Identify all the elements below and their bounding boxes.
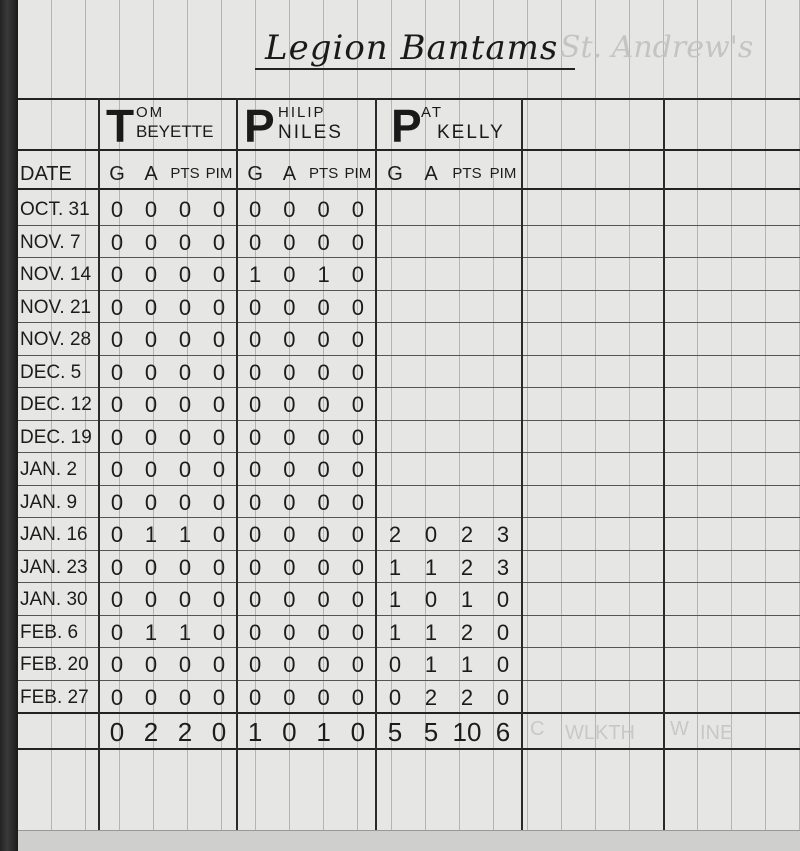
stat-cell-pts: 0 [307, 454, 341, 487]
player-initial: P [391, 102, 422, 150]
stat-cell-g: 0 [100, 584, 134, 617]
stat-cell-pim: 0 [202, 552, 236, 585]
stat-cell-pts: 0 [168, 259, 202, 292]
game-date: FEB. 20 [20, 651, 98, 684]
stat-cell-pim: 0 [341, 617, 375, 650]
stat-cell-pim [485, 227, 521, 260]
stat-cell-pts [449, 487, 485, 520]
stat-cell-g: 0 [238, 617, 272, 650]
stat-cell-a: 0 [413, 519, 449, 552]
stat-cell-g: 0 [238, 584, 272, 617]
book-binding [0, 0, 18, 851]
stat-cell-a: 2 [413, 682, 449, 715]
stat-cell-pim [485, 259, 521, 292]
game-date: FEB. 6 [20, 619, 98, 652]
stat-cell-a [413, 357, 449, 390]
game-date: FEB. 27 [20, 684, 98, 717]
stat-cell-pts: 0 [168, 682, 202, 715]
stat-cell-g: 0 [100, 487, 134, 520]
stat-cell-g: 0 [238, 227, 272, 260]
stat-cell-g: 0 [100, 259, 134, 292]
total-cell-g: 1 [238, 716, 272, 748]
stat-column-header-pim: PIM [202, 160, 236, 188]
stat-cell-pim [485, 389, 521, 422]
total-cell-a: 2 [134, 716, 168, 748]
stat-cell-pim: 0 [341, 422, 375, 455]
stat-cell-pts [449, 227, 485, 260]
stat-cell-g: 0 [100, 519, 134, 552]
stat-cell-pim: 0 [341, 454, 375, 487]
stat-cell-a: 0 [134, 422, 168, 455]
stat-cell-g [377, 194, 413, 227]
stat-cell-a [413, 487, 449, 520]
stat-cell-g [377, 292, 413, 325]
game-date: DEC. 12 [20, 391, 98, 424]
stat-cell-g: 0 [100, 292, 134, 325]
game-date: JAN. 16 [20, 521, 98, 554]
stat-cell-a: 0 [272, 422, 306, 455]
player-first-name: AT [421, 104, 443, 121]
stat-cell-g: 1 [377, 617, 413, 650]
stat-cell-g: 2 [377, 519, 413, 552]
stat-cell-pts [449, 324, 485, 357]
total-cell-pim: 0 [202, 716, 236, 748]
stat-cell-pts: 1 [168, 519, 202, 552]
stat-cell-a: 0 [134, 324, 168, 357]
stat-cell-pts: 2 [449, 617, 485, 650]
totals-bottom-rule [18, 748, 800, 750]
stat-cell-pts: 2 [449, 519, 485, 552]
stat-cell-a [413, 389, 449, 422]
stat-cell-a: 0 [272, 292, 306, 325]
stat-cell-pts [449, 454, 485, 487]
player-first-name: HILIP [278, 104, 326, 121]
stat-cell-pim: 0 [341, 649, 375, 682]
stat-cell-a: 0 [272, 454, 306, 487]
stat-cell-pts: 2 [449, 682, 485, 715]
player-last-name: BEYETTE [136, 122, 213, 142]
stat-cell-pim: 0 [202, 649, 236, 682]
stat-column-header-pim: PIM [341, 160, 375, 188]
player-first-name: OM [136, 104, 164, 121]
stat-cell-pts: 0 [168, 584, 202, 617]
stat-cell-a: 1 [413, 649, 449, 682]
stat-cell-g: 0 [100, 552, 134, 585]
stat-cell-g: 0 [100, 324, 134, 357]
game-date: JAN. 30 [20, 586, 98, 619]
stat-cell-g: 0 [238, 552, 272, 585]
stat-cell-pim: 0 [341, 194, 375, 227]
stat-cell-a: 0 [134, 454, 168, 487]
stat-cell-pts: 0 [168, 227, 202, 260]
stat-cell-g: 0 [238, 682, 272, 715]
stat-cell-g: 0 [100, 617, 134, 650]
stat-cell-a [413, 292, 449, 325]
bleedthrough-mark: INE [700, 722, 733, 745]
game-date: DEC. 19 [20, 424, 98, 457]
player-initial: T [106, 102, 134, 150]
stat-cell-pim: 0 [341, 584, 375, 617]
player-last-name: KELLY [437, 122, 505, 144]
stat-cell-pim: 0 [202, 487, 236, 520]
stat-cell-g: 0 [100, 682, 134, 715]
stat-cell-pim: 0 [341, 357, 375, 390]
stat-cell-a: 1 [134, 617, 168, 650]
stat-cell-pts [449, 357, 485, 390]
stat-cell-a: 0 [134, 584, 168, 617]
stat-column-header-pts: PTS [168, 160, 202, 188]
stat-cell-a [413, 227, 449, 260]
game-date: JAN. 23 [20, 554, 98, 587]
stat-cell-a: 0 [413, 584, 449, 617]
stat-cell-pim: 0 [202, 194, 236, 227]
stat-cell-pim: 0 [341, 292, 375, 325]
total-cell-pts: 2 [168, 716, 202, 748]
stat-cell-g [377, 357, 413, 390]
stat-cell-pts: 0 [307, 194, 341, 227]
stat-cell-g: 0 [377, 682, 413, 715]
total-cell-pim: 0 [341, 716, 375, 748]
stat-cell-pim: 0 [202, 617, 236, 650]
stat-cell-g: 1 [238, 259, 272, 292]
stat-column-header-pts: PTS [307, 160, 341, 188]
sheet-title: Legion Bantams [255, 28, 575, 70]
player-header-niles: P HILIP NILES [238, 100, 375, 152]
total-cell-a: 0 [272, 716, 306, 748]
stat-cell-pts [449, 422, 485, 455]
stat-cell-pts [449, 389, 485, 422]
stat-cell-pim: 0 [202, 682, 236, 715]
stat-cell-a [413, 324, 449, 357]
stat-cell-pim [485, 422, 521, 455]
stat-cell-pts: 0 [307, 552, 341, 585]
stat-column-header-g: G [377, 160, 413, 188]
stat-cell-a: 0 [272, 324, 306, 357]
stat-cell-pim: 0 [202, 324, 236, 357]
stat-cell-pts: 0 [168, 487, 202, 520]
bleedthrough-title: St. Andrew's [560, 30, 753, 65]
stat-cell-g: 0 [238, 487, 272, 520]
stat-cell-a: 0 [272, 259, 306, 292]
game-date: NOV. 14 [20, 261, 98, 294]
stat-cell-pts: 0 [168, 454, 202, 487]
stat-cell-pts: 0 [307, 584, 341, 617]
stat-column-header-a: A [134, 160, 168, 188]
stat-column-header-g: G [100, 160, 134, 188]
stat-cell-a: 0 [272, 649, 306, 682]
stat-cell-pts: 0 [307, 389, 341, 422]
game-date: JAN. 9 [20, 489, 98, 522]
stat-cell-a: 1 [134, 519, 168, 552]
stat-cell-pim: 0 [341, 552, 375, 585]
stat-cell-pts: 0 [168, 552, 202, 585]
stat-cell-pts: 0 [307, 617, 341, 650]
stat-cell-g [377, 487, 413, 520]
stat-cell-g: 0 [100, 649, 134, 682]
stat-cell-pim [485, 194, 521, 227]
stat-cell-g: 0 [100, 357, 134, 390]
stat-cell-a: 0 [272, 584, 306, 617]
stat-cell-a [413, 259, 449, 292]
stat-cell-pts [449, 259, 485, 292]
stat-cell-g: 0 [100, 389, 134, 422]
bleedthrough-mark: WLKTH [565, 722, 635, 745]
stat-cell-g [377, 324, 413, 357]
stat-cell-a: 0 [272, 682, 306, 715]
total-cell-pim: 6 [485, 716, 521, 748]
stat-cell-pim [485, 357, 521, 390]
total-cell-pts: 1 [307, 716, 341, 748]
stat-cell-pim: 0 [202, 227, 236, 260]
stat-cell-pim: 0 [341, 487, 375, 520]
stat-cell-g: 0 [100, 422, 134, 455]
game-date: OCT. 31 [20, 196, 98, 229]
stat-cell-pts: 0 [168, 422, 202, 455]
stat-column-header-pts: PTS [449, 160, 485, 188]
stat-cell-a: 0 [272, 552, 306, 585]
stat-cell-pim: 0 [202, 519, 236, 552]
stat-cell-g: 0 [100, 194, 134, 227]
stat-cell-pim: 0 [202, 292, 236, 325]
stat-cell-a: 0 [134, 357, 168, 390]
stat-cell-a [413, 194, 449, 227]
stat-cell-g: 0 [238, 324, 272, 357]
player-header-beyette: T OM BEYETTE [100, 100, 236, 152]
stat-cell-pts [449, 292, 485, 325]
stat-cell-pts: 1 [449, 649, 485, 682]
stat-cell-g [377, 422, 413, 455]
stat-cell-a: 0 [134, 194, 168, 227]
stat-cell-a: 0 [134, 389, 168, 422]
stat-cell-pim [485, 324, 521, 357]
date-column-header: DATE [20, 160, 98, 188]
stat-column-header-g: G [238, 160, 272, 188]
stat-cell-a: 1 [413, 617, 449, 650]
total-cell-a: 5 [413, 716, 449, 748]
stat-cell-g: 0 [100, 227, 134, 260]
stat-cell-pim: 0 [341, 324, 375, 357]
stat-cell-a [413, 422, 449, 455]
stat-cell-pts: 0 [307, 649, 341, 682]
stat-cell-a: 0 [272, 519, 306, 552]
game-date: NOV. 21 [20, 294, 98, 327]
column-header-rule [18, 188, 800, 190]
stat-cell-pim: 0 [341, 519, 375, 552]
stat-cell-g: 0 [238, 649, 272, 682]
player-initial: P [244, 102, 275, 150]
stat-cell-pim: 0 [341, 227, 375, 260]
stat-cell-pim: 0 [202, 454, 236, 487]
stat-cell-pim: 0 [341, 389, 375, 422]
stat-cell-a: 0 [272, 357, 306, 390]
stat-cell-a: 0 [134, 552, 168, 585]
page-bottom-strip [18, 830, 800, 851]
stat-cell-pts: 0 [307, 487, 341, 520]
bleedthrough-mark: W [670, 718, 689, 741]
stat-column-header-a: A [272, 160, 306, 188]
stat-cell-a: 0 [272, 487, 306, 520]
stat-cell-pts: 0 [168, 194, 202, 227]
total-cell-g: 5 [377, 716, 413, 748]
stat-cell-pim: 0 [485, 617, 521, 650]
stat-cell-g: 0 [238, 389, 272, 422]
stat-cell-pts: 0 [307, 422, 341, 455]
stat-cell-a: 0 [134, 649, 168, 682]
stat-cell-pim: 0 [341, 259, 375, 292]
stat-cell-a: 1 [413, 552, 449, 585]
stat-cell-g: 0 [238, 292, 272, 325]
stat-cell-pts: 2 [449, 552, 485, 585]
stat-cell-g [377, 227, 413, 260]
stat-cell-a: 0 [134, 259, 168, 292]
stat-cell-g: 1 [377, 584, 413, 617]
stat-cell-g [377, 259, 413, 292]
player-4-divider [663, 98, 665, 843]
stat-cell-g: 0 [238, 422, 272, 455]
stat-column-header-pim: PIM [485, 160, 521, 188]
stat-cell-g: 0 [238, 454, 272, 487]
stat-cell-g: 0 [238, 519, 272, 552]
stat-cell-a: 0 [272, 194, 306, 227]
stat-cell-pim: 0 [341, 682, 375, 715]
total-cell-pts: 10 [449, 716, 485, 748]
stat-cell-pim [485, 487, 521, 520]
stat-cell-a: 0 [134, 292, 168, 325]
bleedthrough-mark: C [530, 718, 544, 741]
stat-cell-a: 0 [272, 617, 306, 650]
player-3-divider [521, 98, 523, 843]
game-date: NOV. 7 [20, 229, 98, 262]
stat-cell-a: 0 [272, 227, 306, 260]
stat-cell-pts: 0 [168, 649, 202, 682]
stat-cell-pts: 0 [307, 324, 341, 357]
stat-cell-pts [449, 194, 485, 227]
stat-cell-pim: 0 [202, 422, 236, 455]
stat-cell-g: 1 [377, 552, 413, 585]
stat-cell-a [413, 454, 449, 487]
stat-cell-g: 0 [238, 357, 272, 390]
stat-cell-pts: 0 [168, 357, 202, 390]
player-header-kelly: P AT KELLY [377, 100, 521, 152]
stat-cell-pim: 3 [485, 552, 521, 585]
stat-cell-pim: 0 [485, 584, 521, 617]
stat-cell-pim: 0 [202, 259, 236, 292]
stat-cell-pim: 0 [202, 357, 236, 390]
stat-column-header-a: A [413, 160, 449, 188]
stat-cell-pts: 0 [168, 389, 202, 422]
stat-cell-pim: 0 [202, 584, 236, 617]
stat-cell-g: 0 [377, 649, 413, 682]
game-date: JAN. 2 [20, 456, 98, 489]
stat-cell-pim: 0 [485, 682, 521, 715]
player-last-name: NILES [278, 122, 343, 144]
stat-cell-pts: 0 [307, 682, 341, 715]
stat-cell-pts: 1 [168, 617, 202, 650]
stat-cell-a: 0 [134, 227, 168, 260]
stat-cell-pts: 1 [449, 584, 485, 617]
stat-cell-a: 0 [272, 389, 306, 422]
stat-cell-a: 0 [134, 682, 168, 715]
stat-cell-pts: 0 [307, 292, 341, 325]
stat-cell-pts: 0 [307, 357, 341, 390]
stat-cell-pim: 3 [485, 519, 521, 552]
stat-cell-g [377, 454, 413, 487]
game-date: NOV. 28 [20, 326, 98, 359]
stat-cell-pim: 0 [485, 649, 521, 682]
stat-cell-g: 0 [100, 454, 134, 487]
stat-cell-pts: 0 [307, 519, 341, 552]
stat-cell-a: 0 [134, 487, 168, 520]
stat-cell-pim: 0 [202, 389, 236, 422]
stat-cell-pim [485, 292, 521, 325]
game-date: DEC. 5 [20, 359, 98, 392]
total-cell-g: 0 [100, 716, 134, 748]
stat-cell-g [377, 389, 413, 422]
stat-cell-pim [485, 454, 521, 487]
stat-cell-pts: 0 [168, 292, 202, 325]
stat-cell-g: 0 [238, 194, 272, 227]
stat-cell-pts: 0 [168, 324, 202, 357]
stat-cell-pts: 1 [307, 259, 341, 292]
stat-cell-pts: 0 [307, 227, 341, 260]
